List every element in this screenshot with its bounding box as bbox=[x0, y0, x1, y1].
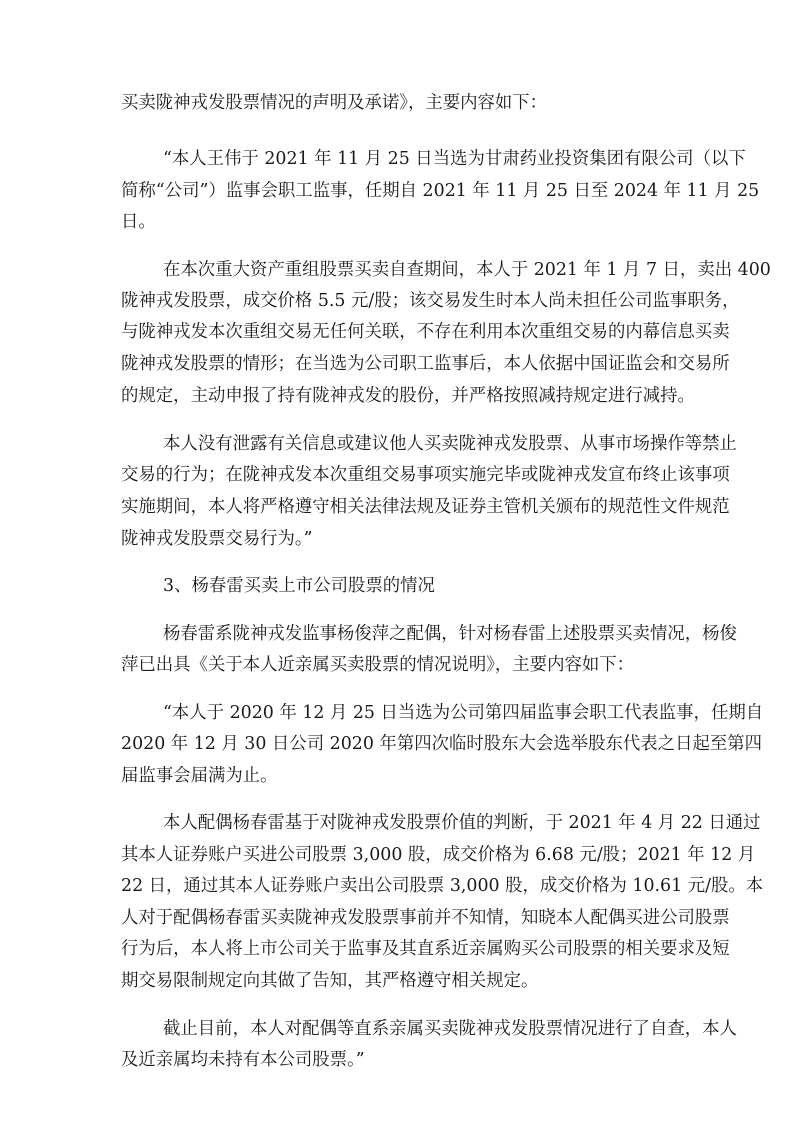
paragraph-line: 杨春雷系陇神戎发监事杨俊萍之配偶，针对杨春雷上述股票买卖情况，杨俊 bbox=[163, 622, 674, 646]
paragraph-line: 截止目前，本人对配偶等直系亲属买卖陇神戎发股票情况进行了自查，本人 bbox=[163, 1017, 674, 1041]
paragraph-line: 22 日，通过其本人证券账户卖出公司股票 3,000 股，成交价格为 10.61… bbox=[121, 874, 674, 898]
paragraph-line: 陇神戎发股票交易行为。” bbox=[121, 527, 674, 551]
paragraph-line: 本人没有泄露有关信息或建议他人买卖陇神戎发股票、从事市场操作等禁止 bbox=[163, 432, 674, 456]
paragraph-line: 陇神戎发股票，成交价格 5.5 元/股；该交易发生时本人尚未担任公司监事职务， bbox=[121, 289, 674, 313]
paragraph-line: 本人配偶杨春雷基于对陇神戎发股票价值的判断，于 2021 年 4 月 22 日通… bbox=[163, 811, 674, 835]
paragraph-line: 日。 bbox=[121, 210, 674, 234]
paragraph-line: 人对于配偶杨春雷买卖陇神戎发股票事前并不知情，知晓本人配偶买进公司股票 bbox=[121, 906, 674, 930]
paragraph-line: “本人于 2020 年 12 月 25 日当选为公司第四届监事会职工代表监事，任… bbox=[163, 701, 674, 725]
paragraph-line: 萍已出具《关于本人近亲属买卖股票的情况说明》，主要内容如下： bbox=[121, 653, 674, 677]
paragraph-line: 的规定，主动申报了持有陇神戎发的股份，并严格按照减持规定进行减持。 bbox=[121, 384, 674, 408]
paragraph-line: 期交易限制规定向其做了告知，其严格遵守相关规定。 bbox=[121, 969, 674, 993]
paragraph-line: 实施期间，本人将严格遵守相关法律法规及证券主管机关颁布的规范性文件规范 bbox=[121, 495, 674, 519]
paragraph-line: 陇神戎发股票的情形；在当选为公司职工监事后，本人依据中国证监会和交易所 bbox=[121, 352, 674, 376]
paragraph-line: 及近亲属均未持有本公司股票。” bbox=[121, 1048, 674, 1072]
paragraph-line: 交易的行为；在陇神戎发本次重组交易事项实施完毕或陇神戎发宣布终止该事项 bbox=[121, 463, 674, 487]
paragraph-line: 其本人证券账户买进公司股票 3,000 股，成交价格为 6.68 元/股；202… bbox=[121, 843, 674, 867]
section-heading: 3、杨春雷买卖上市公司股票的情况 bbox=[163, 574, 674, 598]
paragraph-line: 行为后，本人将上市公司关于监事及其直系近亲属购买公司股票的相关要求及短 bbox=[121, 937, 674, 961]
paragraph-line: 简称“公司”）监事会职工监事，任期自 2021 年 11 月 25 日至 202… bbox=[121, 179, 674, 203]
paragraph-line: 买卖陇神戎发股票情况的声明及承诺》，主要内容如下： bbox=[121, 91, 674, 115]
paragraph-line: “本人王伟于 2021 年 11 月 25 日当选为甘肃药业投资集团有限公司（以… bbox=[163, 147, 674, 171]
paragraph-line: 在本次重大资产重组股票买卖自查期间，本人于 2021 年 1 月 7 日，卖出 … bbox=[163, 258, 674, 282]
paragraph-line: 与陇神戎发本次重组交易无任何关联，不存在利用本次重组交易的内幕信息买卖 bbox=[121, 320, 674, 344]
paragraph-line: 2020 年 12 月 30 日公司 2020 年第四次临时股东大会选举股东代表… bbox=[121, 732, 674, 756]
paragraph-line: 届监事会届满为止。 bbox=[121, 764, 674, 788]
